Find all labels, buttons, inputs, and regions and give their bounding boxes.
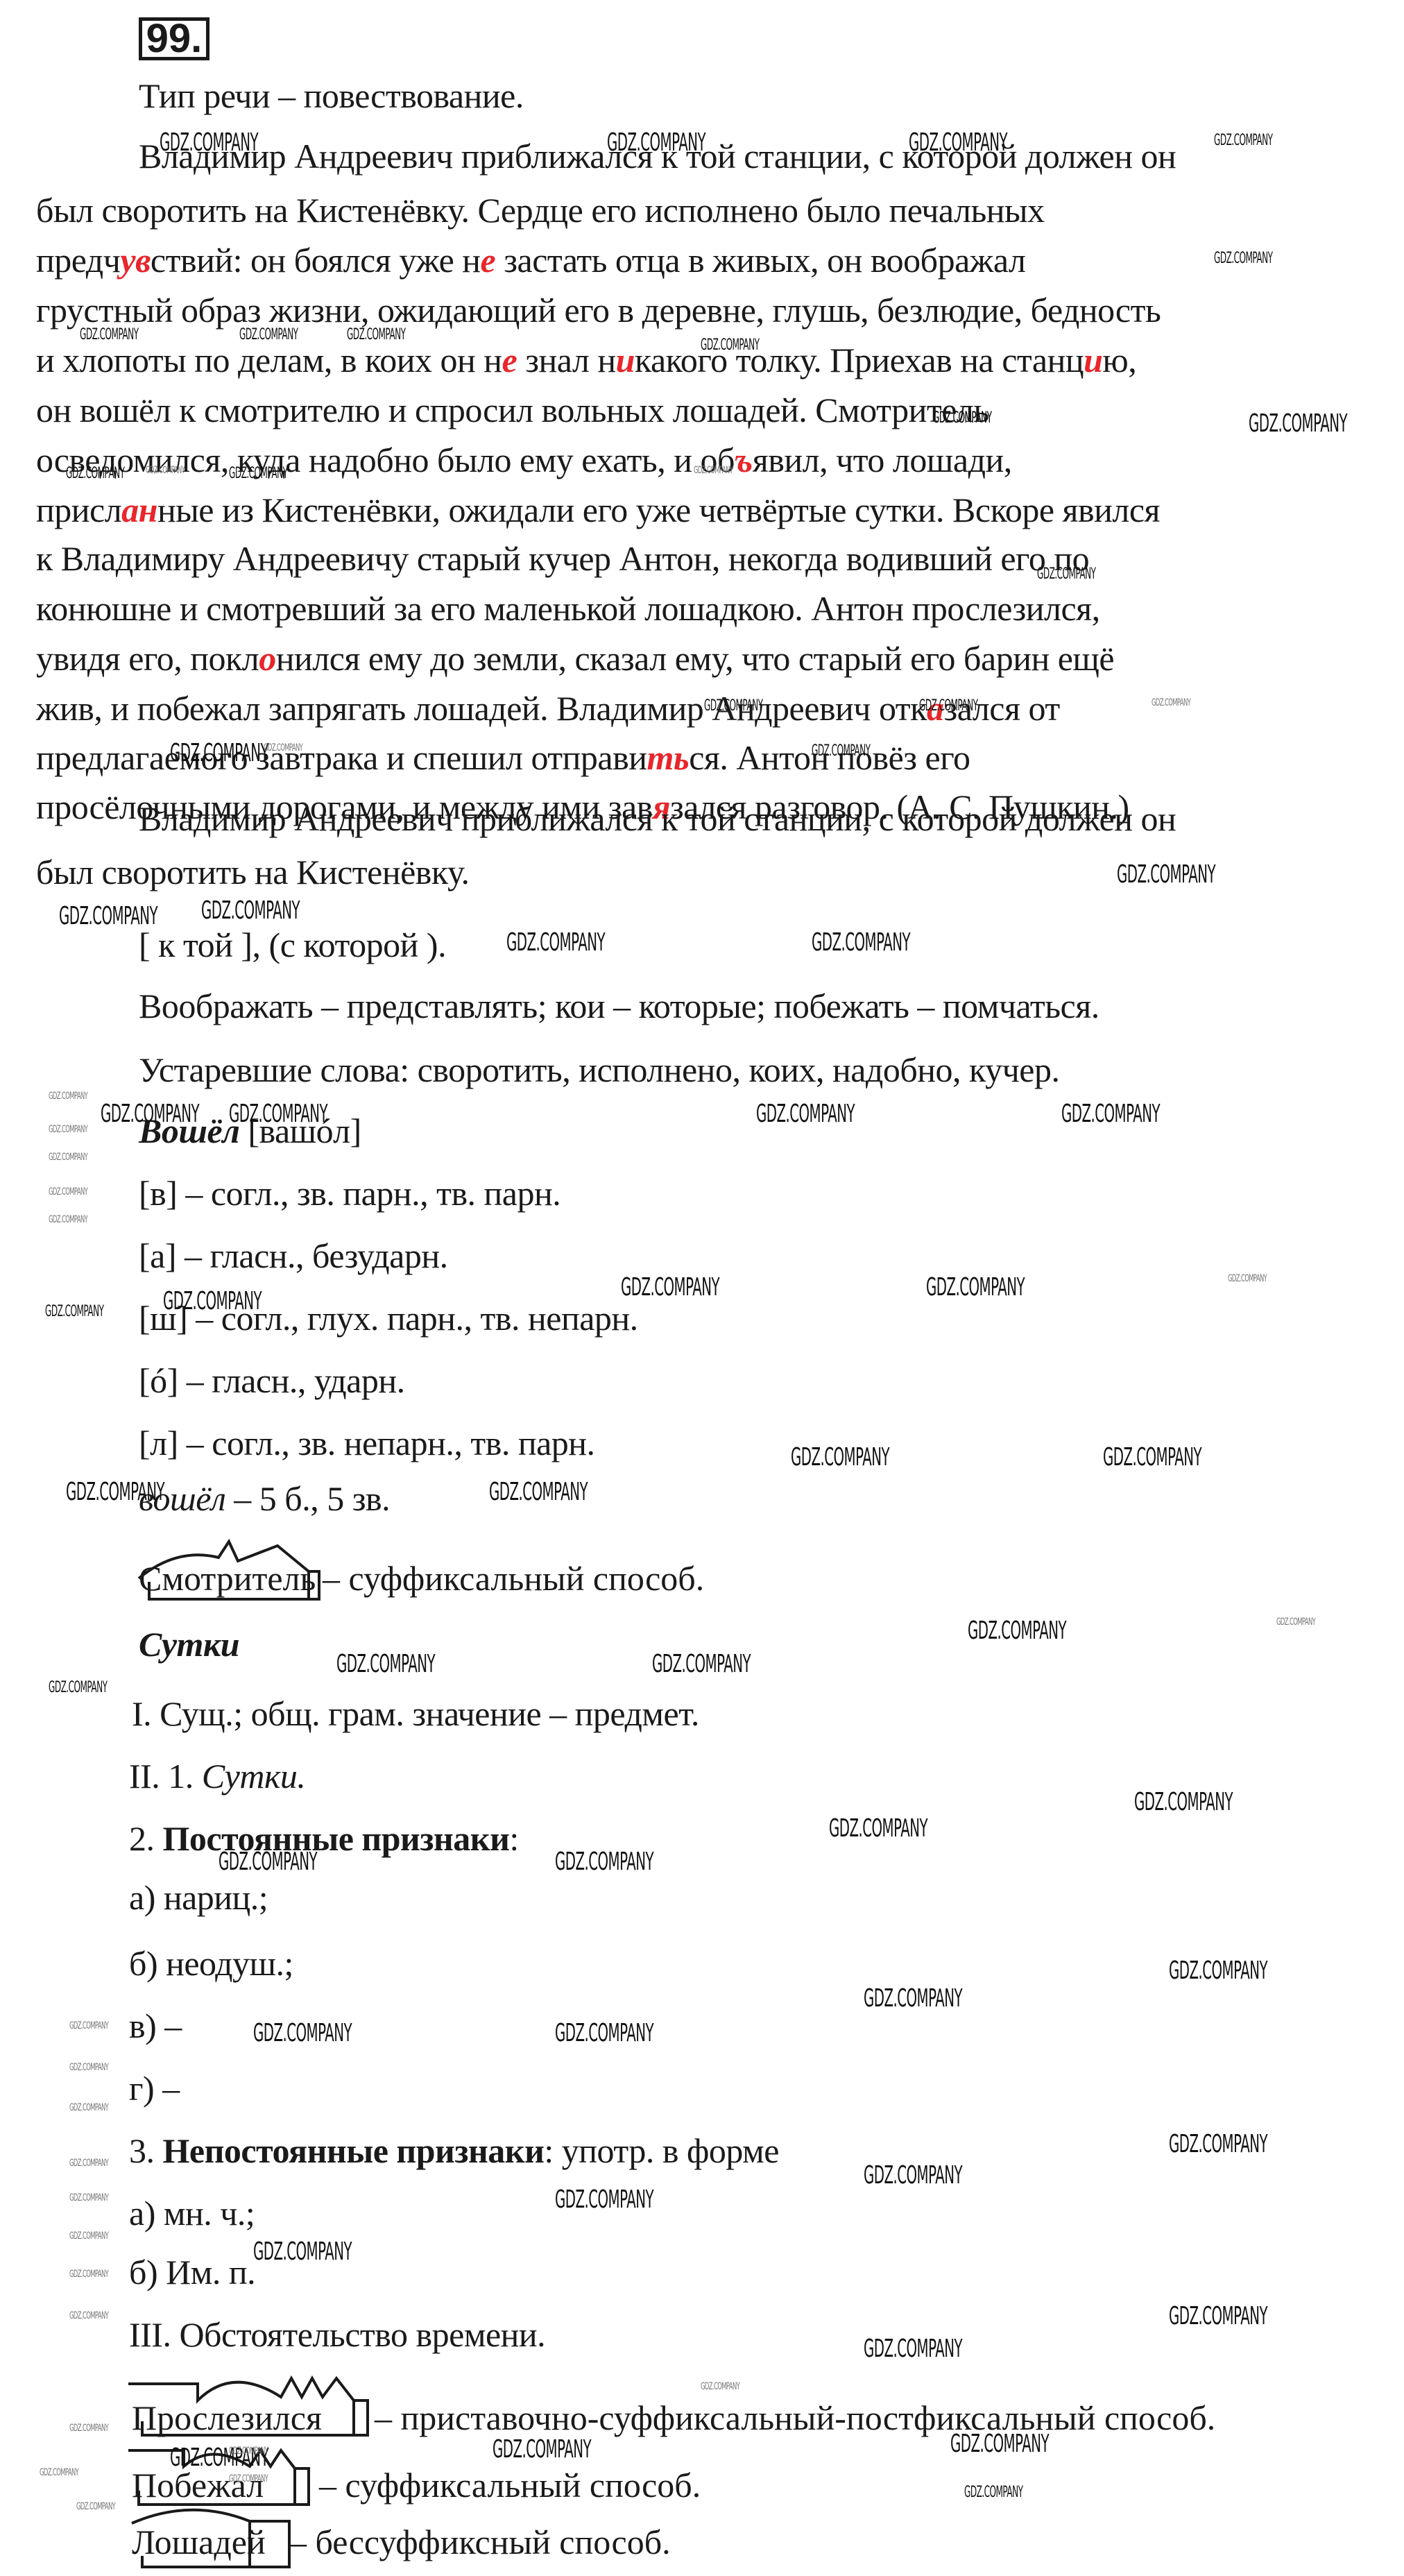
watermark-label: GDZ.COMPANY xyxy=(621,1273,719,1302)
watermark-label: GDZ.COMPANY xyxy=(219,1848,317,1876)
morpheme-analysis-smotritel: Смотритель – суффиксальный способ. xyxy=(135,1540,760,1610)
watermark-label: GDZ.COMPANY xyxy=(229,2446,268,2457)
point-word: Сутки. xyxy=(202,1757,306,1795)
text-segment: был своротить на Кистенёвку. Сердце его … xyxy=(36,191,1045,230)
watermark-label: GDZ.COMPANY xyxy=(253,2019,352,2047)
watermark-label: GDZ.COMPANY xyxy=(201,896,300,925)
text-segment: предлагаемого завтрака и спешил отправи xyxy=(36,738,647,777)
watermark-label: GDZ.COMPANY xyxy=(950,2430,1049,2458)
morph-desc: – приставочно-суффиксальный-постфиксальн… xyxy=(375,2397,1215,2439)
highlighted-letter: ан xyxy=(121,491,157,529)
text-segment: он вошёл к смотрителю и спросил вольных … xyxy=(36,391,989,429)
passage-line: к Владимиру Андреевичу старый кучер Анто… xyxy=(36,538,1089,579)
morpheme-analysis-proslezilsya: Прослезился – приставочно-суффиксальный-… xyxy=(128,2373,1377,2442)
watermark-label: GDZ.COMPANY xyxy=(59,902,157,930)
text-segment: знал н xyxy=(517,341,615,379)
feature-item: в) – xyxy=(129,2005,182,2047)
watermark-label: GDZ.COMPANY xyxy=(66,465,124,482)
text-segment: ствий: он боялся уже н xyxy=(151,241,481,280)
morph-word: Лошадей xyxy=(132,2521,266,2563)
highlighted-letter: и xyxy=(616,341,635,379)
text-segment: застать отца в живых, он воображал xyxy=(495,241,1025,280)
sound-row: [а] – гласн., безударн. xyxy=(139,1235,448,1277)
highlighted-letter: е xyxy=(502,341,517,379)
watermark-label: GDZ.COMPANY xyxy=(1037,565,1095,583)
passage-line: жив, и побежал запрягать лошадей. Владим… xyxy=(36,688,1060,729)
morph-point-1: I. Сущ.; общ. грам. значение – предмет. xyxy=(132,1693,699,1734)
highlighted-letter: ув xyxy=(120,241,151,280)
watermark-label: GDZ.COMPANY xyxy=(555,1848,653,1876)
watermark-label: GDZ.COMPANY xyxy=(239,326,298,343)
watermark-label: GDZ.COMPANY xyxy=(756,1100,855,1128)
watermark-label: GDZ.COMPANY xyxy=(607,128,705,157)
speech-type: Тип речи – повествование. xyxy=(139,75,524,117)
watermark-label: GDZ.COMPANY xyxy=(1061,1100,1160,1128)
highlighted-letter: и xyxy=(1084,341,1102,379)
feature-item: б) неодуш.; xyxy=(129,1943,293,1984)
highlighted-letter: о xyxy=(259,639,276,678)
watermark-label: GDZ.COMPANY xyxy=(1169,2130,1267,2158)
text-segment: присл xyxy=(36,491,121,529)
passage-line: увидя его, поклонился ему до земли, сказ… xyxy=(36,638,1114,679)
watermark-label: GDZ.COMPANY xyxy=(829,1814,927,1843)
watermark-label: GDZ.COMPANY xyxy=(1103,1443,1201,1472)
text-segment: грустный образ жизни, ожидающий его в де… xyxy=(36,291,1161,330)
text-segment: нился ему до земли, сказал ему, что стар… xyxy=(276,639,1114,678)
watermark-label: GDZ.COMPANY xyxy=(69,2230,108,2242)
passage-line: и хлопоты по делам, в коих он не знал ни… xyxy=(36,339,1136,381)
watermark-label: GDZ.COMPANY xyxy=(163,1287,262,1315)
watermark-label: GDZ.COMPANY xyxy=(69,2310,108,2321)
watermark-label: GDZ.COMPANY xyxy=(694,465,733,476)
feature-item: б) Им. п. xyxy=(129,2251,255,2293)
watermark-label: GDZ.COMPANY xyxy=(69,2102,108,2113)
watermark-label: GDZ.COMPANY xyxy=(336,1650,435,1678)
watermark-label: GDZ.COMPANY xyxy=(229,465,287,482)
watermark-label: GDZ.COMPANY xyxy=(812,742,870,760)
watermark-label: GDZ.COMPANY xyxy=(160,128,258,157)
constant-features-header: 2. Постоянные признаки: xyxy=(129,1818,519,1859)
exercise-number-badge: 99. xyxy=(139,17,209,60)
morph-analysis-word: Сутки xyxy=(139,1623,239,1665)
watermark-label: GDZ.COMPANY xyxy=(49,1124,87,1135)
watermark-label: GDZ.COMPANY xyxy=(69,2423,108,2434)
watermark-label: GDZ.COMPANY xyxy=(69,2062,108,2073)
text-segment: конюшне и смотревший за его маленькой ло… xyxy=(36,589,1100,628)
summary-counts: – 5 б., 5 зв. xyxy=(225,1479,390,1518)
watermark-label: GDZ.COMPANY xyxy=(555,2019,653,2047)
watermark-label: GDZ.COMPANY xyxy=(1214,132,1272,149)
text-segment: жив, и побежал запрягать лошадей. Владим… xyxy=(36,689,927,728)
header-rest: : xyxy=(509,1819,518,1858)
watermark-label: GDZ.COMPANY xyxy=(1134,1788,1233,1816)
watermark-label: GDZ.COMPANY xyxy=(45,1303,103,1320)
point-prefix: II. 1. xyxy=(129,1757,202,1795)
morph-desc: – бессуффиксный способ. xyxy=(289,2521,671,2563)
text-segment: осведомился, куда надобно было ему ехать… xyxy=(36,441,735,479)
watermark-label: GDZ.COMPANY xyxy=(1249,409,1347,438)
watermark-label: GDZ.COMPANY xyxy=(704,697,762,715)
feature-item: г) – xyxy=(129,2067,180,2109)
watermark-label: GDZ.COMPANY xyxy=(909,128,1007,157)
sound-row: [ó] – гласн., ударн. xyxy=(139,1360,405,1401)
morpheme-analysis-loshadey: Лошадей – бессуффиксный способ. xyxy=(128,2506,753,2575)
sound-row: [в] – согл., зв. парн., тв. парн. xyxy=(139,1172,560,1214)
item-number: 3. xyxy=(129,2131,163,2170)
passage-line: он вошёл к смотрителю и спросил вольных … xyxy=(36,389,989,431)
phonetic-summary: вошёл – 5 б., 5 зв. xyxy=(139,1478,390,1519)
watermark-label: GDZ.COMPANY xyxy=(49,1091,87,1102)
variable-features-header: 3. Непостоянные признаки: употр. в форме xyxy=(129,2130,779,2172)
watermark-label: GDZ.COMPANY xyxy=(1117,860,1215,889)
watermark-label: GDZ.COMPANY xyxy=(1228,1273,1267,1284)
passage-line: конюшне и смотревший за его маленькой ло… xyxy=(36,588,1100,629)
watermark-label: GDZ.COMPANY xyxy=(791,1443,889,1472)
watermark-label: GDZ.COMPANY xyxy=(49,1214,87,1225)
watermark-label: GDZ.COMPANY xyxy=(66,1478,164,1506)
sentence-scheme: [ к той ], (с которой ). xyxy=(139,924,446,966)
watermark-label: GDZ.COMPANY xyxy=(506,928,605,957)
sentence-line-2: был своротить на Кистенёвку. xyxy=(36,851,469,893)
text-segment: к Владимиру Андреевичу старый кучер Анто… xyxy=(36,539,1089,578)
watermark-label: GDZ.COMPANY xyxy=(652,1650,751,1678)
watermark-label: GDZ.COMPANY xyxy=(926,1273,1025,1302)
highlighted-letter: ть xyxy=(647,738,689,777)
watermark-label: GDZ.COMPANY xyxy=(170,739,268,767)
watermark-label: GDZ.COMPANY xyxy=(701,336,759,354)
document-page: 99. Тип речи – повествование. Владимир А… xyxy=(0,0,1404,2576)
text-segment: ю, xyxy=(1102,341,1136,379)
watermark-label: GDZ.COMPANY xyxy=(1152,697,1190,708)
header-rest: : употр. в форме xyxy=(544,2131,779,2170)
text-segment: ные из Кистенёвки, ожидали его уже четвё… xyxy=(157,491,1160,529)
watermark-label: GDZ.COMPANY xyxy=(146,465,185,476)
watermark-label: GDZ.COMPANY xyxy=(1169,1956,1267,1985)
watermark-label: GDZ.COMPANY xyxy=(101,1100,199,1128)
watermark-label: GDZ.COMPANY xyxy=(864,1984,962,2013)
header-bold: Непостоянные признаки xyxy=(163,2131,545,2170)
passage-line: был своротить на Кистенёвку. Сердце его … xyxy=(36,189,1045,231)
watermark-label: GDZ.COMPANY xyxy=(69,2020,108,2031)
highlighted-letter: е xyxy=(481,241,496,280)
syntactic-role: III. Обстоятельство времени. xyxy=(129,2314,545,2355)
text-segment: предч xyxy=(36,241,120,280)
watermark-label: GDZ.COMPANY xyxy=(701,2381,739,2392)
watermark-label: GDZ.COMPANY xyxy=(76,2501,115,2512)
watermark-label: GDZ.COMPANY xyxy=(1276,1617,1315,1628)
watermark-label: GDZ.COMPANY xyxy=(69,2192,108,2203)
watermark-label: GDZ.COMPANY xyxy=(864,2161,962,2190)
morph-point-2: II. 1. Сутки. xyxy=(129,1755,305,1797)
watermark-label: GDZ.COMPANY xyxy=(229,1100,327,1128)
watermark-label: GDZ.COMPANY xyxy=(493,2435,591,2464)
watermark-label: GDZ.COMPANY xyxy=(229,2473,268,2484)
watermark-label: GDZ.COMPANY xyxy=(489,1478,588,1506)
sound-row: [л] – согл., зв. непарн., тв. парн. xyxy=(139,1422,595,1464)
watermark-label: GDZ.COMPANY xyxy=(347,326,405,343)
watermark-label: GDZ.COMPANY xyxy=(69,2269,108,2280)
passage-line: присланные из Кистенёвки, ожидали его уж… xyxy=(36,489,1160,531)
passage-line: грустный образ жизни, ожидающий его в де… xyxy=(36,289,1161,331)
watermark-label: GDZ.COMPANY xyxy=(812,928,910,957)
watermark-label: GDZ.COMPANY xyxy=(1214,250,1272,267)
watermark-label: GDZ.COMPANY xyxy=(69,2158,108,2169)
feature-item: а) мн. ч.; xyxy=(129,2192,255,2234)
watermark-label: GDZ.COMPANY xyxy=(864,2335,962,2363)
watermark-label: GDZ.COMPANY xyxy=(253,2237,352,2266)
watermark-label: GDZ.COMPANY xyxy=(49,1679,107,1696)
watermark-label: GDZ.COMPANY xyxy=(964,2484,1022,2501)
watermark-label: GDZ.COMPANY xyxy=(919,697,977,715)
watermark-label: GDZ.COMPANY xyxy=(49,1152,87,1163)
synonyms-line: Воображать – представлять; кои – которые… xyxy=(139,985,1099,1027)
item-number: 2. xyxy=(129,1819,163,1858)
watermark-label: GDZ.COMPANY xyxy=(49,1186,87,1197)
highlighted-letter: ъ xyxy=(735,441,753,479)
morph-word: Смотритель xyxy=(139,1558,316,1599)
text-segment: и хлопоты по делам, в коих он н xyxy=(36,341,502,379)
morph-word: Прослезился xyxy=(132,2397,322,2439)
text-segment: увидя его, покл xyxy=(36,639,259,678)
watermark-label: GDZ.COMPANY xyxy=(555,2185,653,2214)
header-bold: Постоянные признаки xyxy=(163,1819,510,1858)
watermark-label: GDZ.COMPANY xyxy=(264,742,302,753)
watermark-label: GDZ.COMPANY xyxy=(40,2467,78,2478)
morph-desc: – суффиксальный способ. xyxy=(319,2464,701,2506)
text-segment: явил, что лошади, xyxy=(753,441,1012,479)
morph-desc: – суффиксальный способ. xyxy=(323,1558,704,1599)
watermark-label: GDZ.COMPANY xyxy=(1169,2302,1267,2330)
watermark-label: GDZ.COMPANY xyxy=(968,1617,1066,1645)
feature-item: а) нариц.; xyxy=(129,1877,268,1918)
watermark-label: GDZ.COMPANY xyxy=(933,409,991,427)
passage-line: предчувствий: он боялся уже не застать о… xyxy=(36,239,1025,281)
watermark-label: GDZ.COMPANY xyxy=(80,326,138,343)
archaic-words-line: Устаревшие слова: своротить, исполнено, … xyxy=(139,1049,1059,1091)
sentence-line-1: Владимир Андреевич приближался к той ста… xyxy=(139,798,1176,839)
